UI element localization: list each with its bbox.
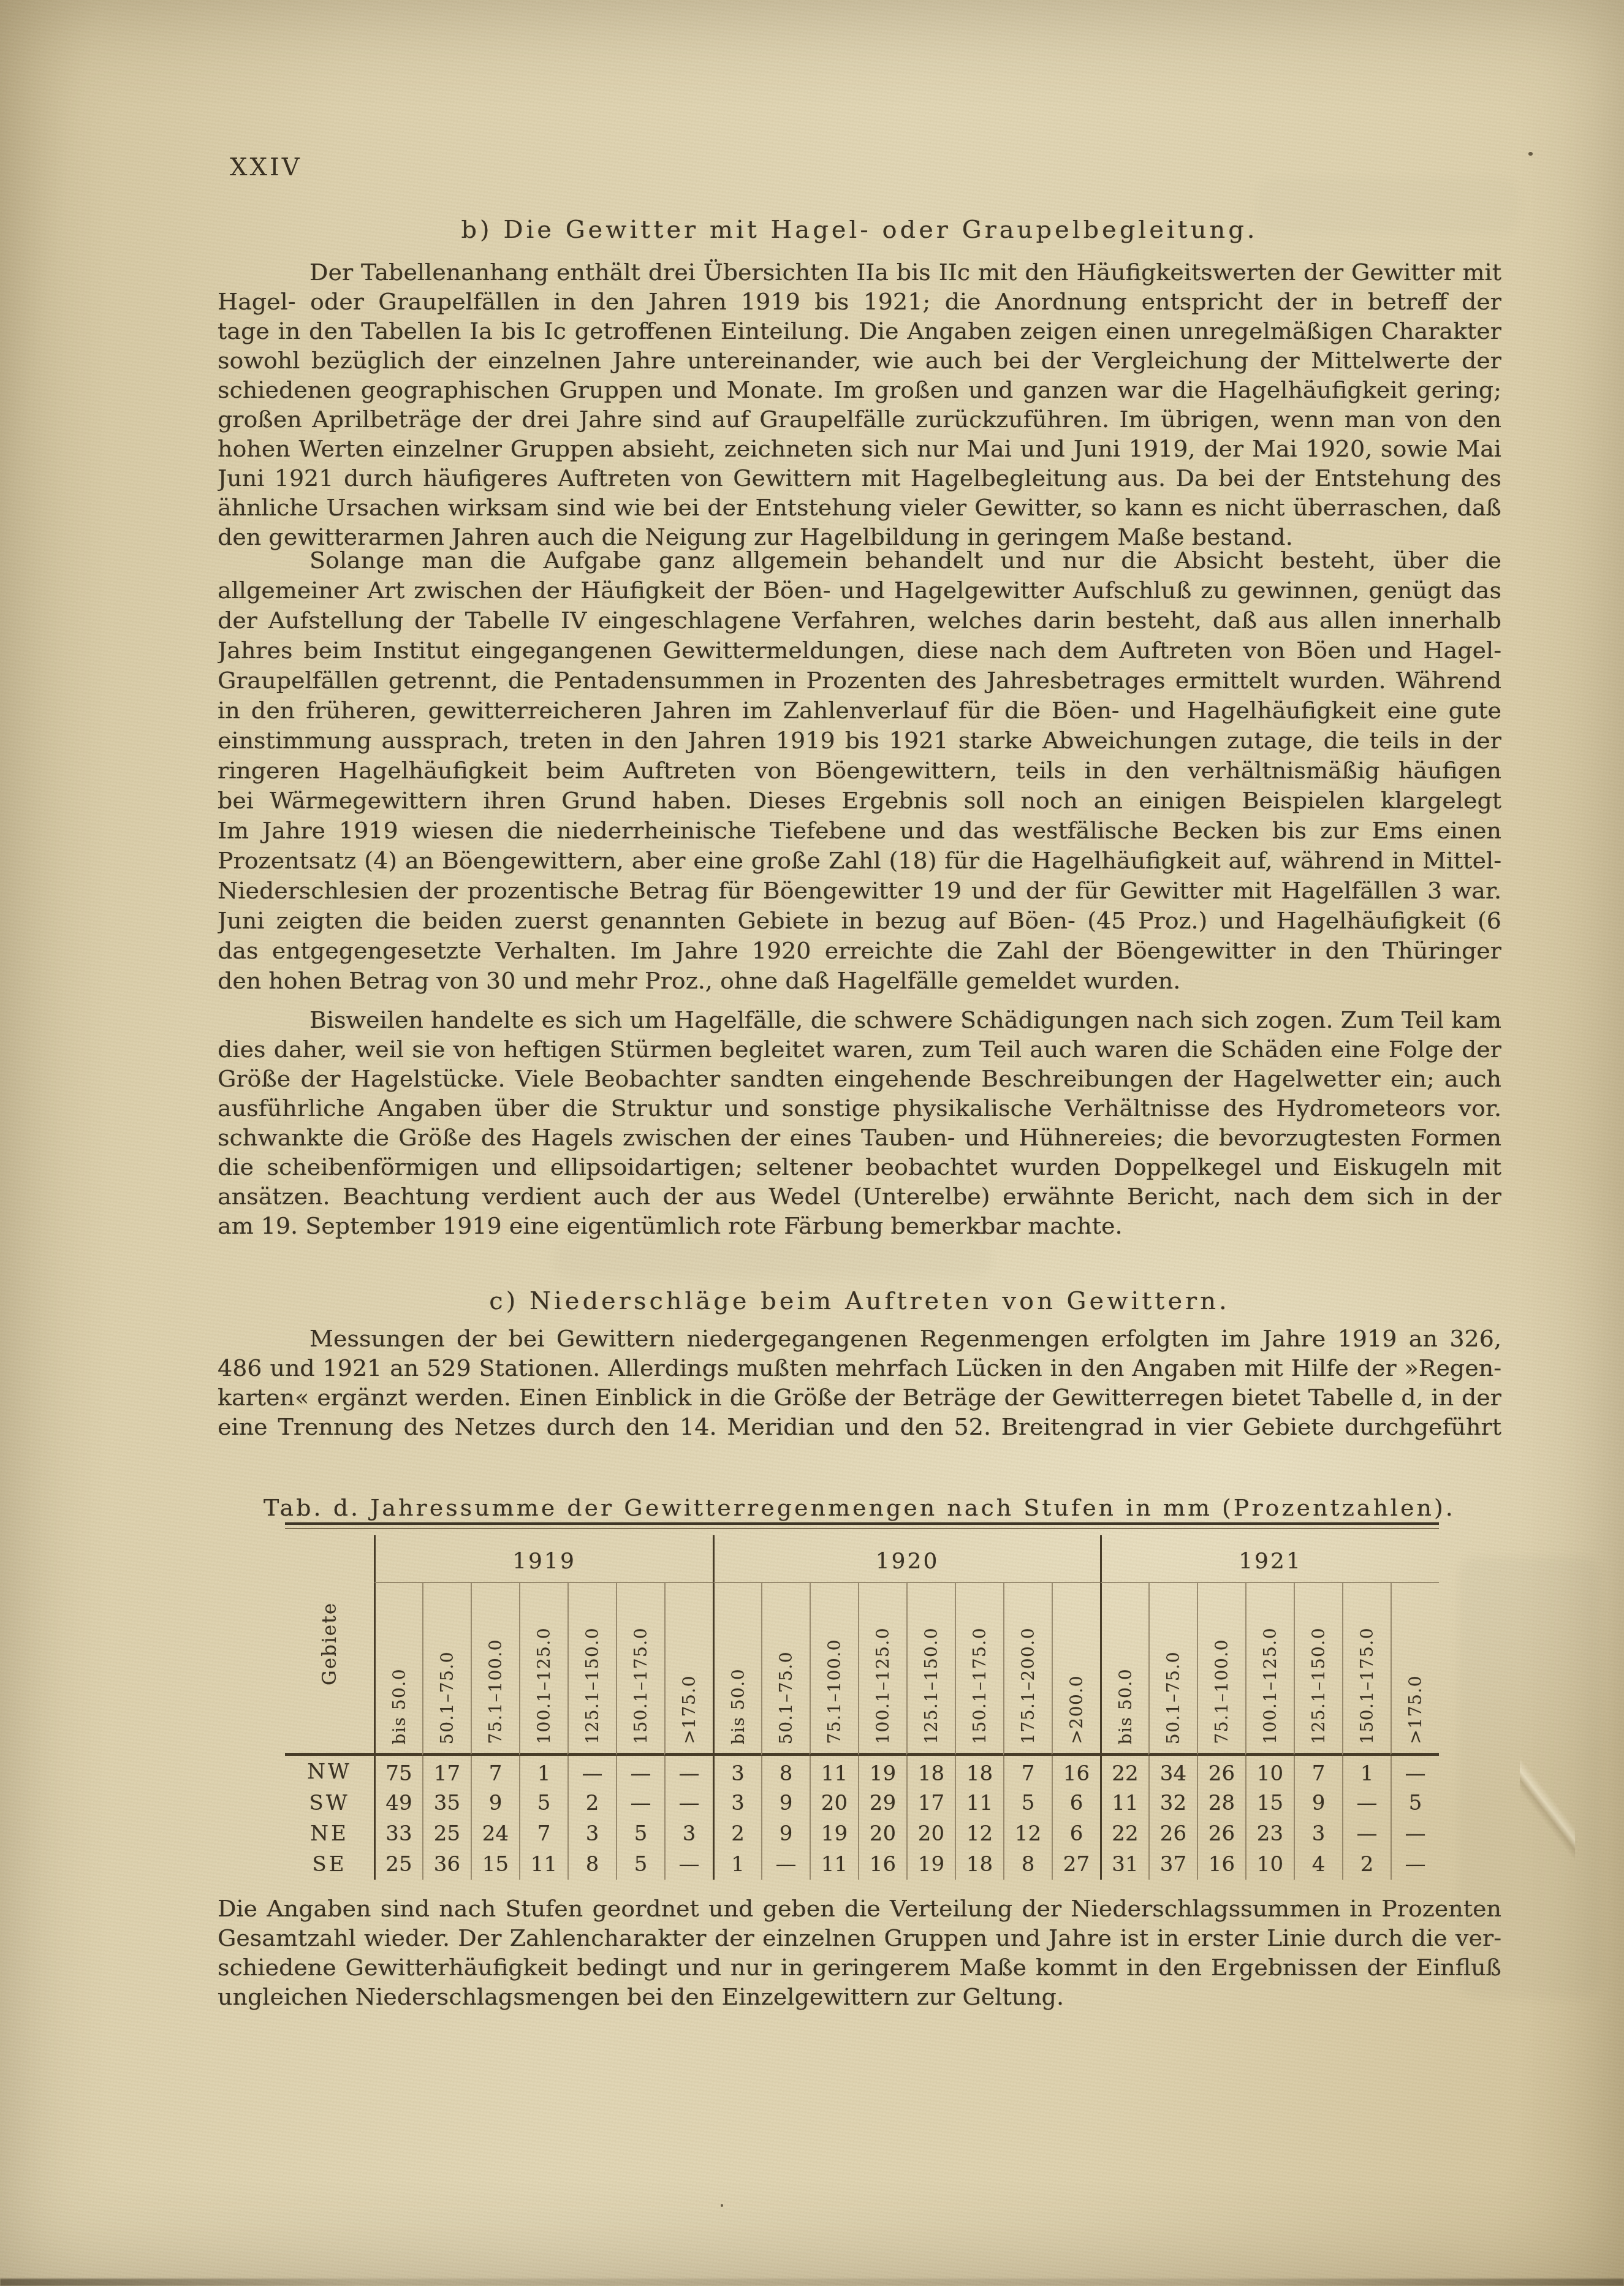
value-cell: 16 [1052, 1756, 1100, 1788]
value-cell: 19 [810, 1818, 858, 1849]
value-cell: 9 [761, 1818, 810, 1849]
value-cell: 8 [567, 1849, 616, 1880]
column-header-label: 175.1–200.0 [1018, 1627, 1038, 1744]
value-cell: 3 [713, 1788, 761, 1818]
text-line: Graupelfällen getrennt, die Pentadensumm… [218, 666, 1501, 696]
column-header-label: 50.1–75.0 [776, 1651, 796, 1744]
column-header-label: 150.1–175.0 [631, 1627, 651, 1744]
value-cell: 25 [422, 1818, 471, 1849]
text-line: das entgegengesetzte Verhalten. Im Jahre… [218, 936, 1501, 966]
column-header-cell: >200.0 [1052, 1583, 1100, 1756]
text-line: tage in den Tabellen Ia bis Ic getroffen… [218, 316, 1501, 346]
value-cell: 29 [858, 1788, 906, 1818]
value-cell: 3 [664, 1818, 713, 1849]
text-line: Gesamtzahl wieder. Der Zahlencharakter d… [218, 1923, 1501, 1953]
column-header-cell: bis 50.0 [374, 1583, 422, 1756]
ink-speck [1407, 647, 1410, 650]
value-cell: 22 [1100, 1756, 1148, 1788]
text-line: der Aufstellung der Tabelle IV eingeschl… [218, 606, 1501, 636]
page-number: XXIV [230, 153, 302, 181]
value-cell: — [664, 1756, 713, 1788]
text-line: 486 und 1921 an 529 Stationen. Allerding… [218, 1353, 1501, 1383]
section-b-heading: b) Die Gewitter mit Hagel- oder Graupelb… [218, 216, 1501, 244]
value-cell: 10 [1245, 1849, 1294, 1880]
value-cell: 5 [616, 1849, 664, 1880]
value-cell: 11 [519, 1849, 567, 1880]
column-header-label: 75.1–100.0 [1212, 1639, 1232, 1744]
column-header-cell: 100.1–125.0 [519, 1583, 567, 1756]
text-line: Größe der Hagelstücke. Viele Beobachter … [218, 1064, 1501, 1093]
value-cell: 16 [858, 1849, 906, 1880]
table-grid: Gebiete191919201921bis 50.050.1–75.075.1… [285, 1535, 1439, 1880]
column-header-cell: 100.1–125.0 [858, 1583, 906, 1756]
text-line: ungleichen Niederschlagsmengen bei den E… [218, 1982, 1501, 2011]
table-title: Tab. d. Jahressumme der Gewitterregenmen… [218, 1494, 1501, 1521]
column-header-label: bis 50.0 [728, 1668, 748, 1745]
value-cell: 11 [1100, 1788, 1148, 1818]
column-header-label: bis 50.0 [1115, 1668, 1136, 1745]
column-header-cell: >175.0 [1391, 1583, 1439, 1756]
value-cell: 9 [761, 1788, 810, 1818]
value-cell: 15 [1245, 1788, 1294, 1818]
value-cell: 22 [1100, 1818, 1148, 1849]
text-line: den hohen Betrag von 30 und mehr Proz., … [218, 966, 1501, 996]
value-cell: 3 [1294, 1818, 1342, 1849]
value-cell: 9 [471, 1788, 519, 1818]
value-cell: 37 [1148, 1849, 1197, 1880]
paper-crease [1520, 1753, 1575, 1869]
text-line: ähnliche Ursachen wirksam sind wie bei d… [218, 493, 1501, 522]
value-cell: — [1391, 1756, 1439, 1788]
year-header-1919: 1919 [374, 1535, 713, 1583]
value-cell: 25 [374, 1849, 422, 1880]
column-header-cell: 175.1–200.0 [1003, 1583, 1052, 1756]
value-cell: 75 [374, 1756, 422, 1788]
text-line: Im Jahre 1919 wiesen die niederrheinisch… [218, 816, 1501, 846]
column-header-label: 50.1–75.0 [437, 1651, 457, 1744]
text-line: Prozentsatz (4) an Böengewittern, aber e… [218, 846, 1501, 876]
text-line: ansätzen. Beachtung verdient auch der au… [218, 1182, 1501, 1211]
value-cell: — [616, 1756, 664, 1788]
value-cell: 7 [1294, 1756, 1342, 1788]
value-cell: 20 [810, 1788, 858, 1818]
value-cell: 1 [713, 1849, 761, 1880]
column-header-cell: 150.1–175.0 [1342, 1583, 1391, 1756]
value-cell: 24 [471, 1818, 519, 1849]
value-cell: 19 [858, 1756, 906, 1788]
text-line: Jahres beim Institut eingegangenen Gewit… [218, 636, 1501, 666]
column-header-cell: 125.1–150.0 [567, 1583, 616, 1756]
table-top-rule-thin [285, 1528, 1439, 1529]
value-cell: 20 [906, 1818, 955, 1849]
ink-speck [721, 2204, 723, 2207]
value-cell: 1 [1342, 1756, 1391, 1788]
column-header-label: 100.1–125.0 [873, 1627, 893, 1744]
text-line: ausführliche Angaben über die Struktur u… [218, 1093, 1501, 1123]
value-cell: 23 [1245, 1818, 1294, 1849]
value-cell: 1 [519, 1756, 567, 1788]
text-line: Solange man die Aufgabe ganz allgemein b… [218, 545, 1501, 575]
value-cell: 8 [761, 1756, 810, 1788]
column-header-label: 150.1–175.0 [1357, 1627, 1377, 1744]
column-header-label: >175.0 [679, 1675, 699, 1744]
row-header-label: Gebiete [319, 1602, 341, 1685]
value-cell: 36 [422, 1849, 471, 1880]
value-cell: 27 [1052, 1849, 1100, 1880]
text-line: Der Tabellenanhang enthält drei Übersich… [218, 257, 1501, 287]
region-label: NE [285, 1818, 374, 1849]
value-cell: 32 [1148, 1788, 1197, 1818]
text-line: hohen Werten einzelner Gruppen absieht, … [218, 434, 1501, 463]
value-cell: 5 [616, 1818, 664, 1849]
value-cell: — [616, 1788, 664, 1818]
text-line: Juni 1921 durch häufigeres Auftreten von… [218, 463, 1501, 493]
value-cell: 7 [471, 1756, 519, 1788]
region-label: SE [285, 1849, 374, 1880]
value-cell: 6 [1052, 1788, 1100, 1818]
scan-bottom-edge [0, 2279, 1624, 2286]
value-cell: 26 [1148, 1818, 1197, 1849]
column-header-cell: 50.1–75.0 [1148, 1583, 1197, 1756]
column-header-cell: 100.1–125.0 [1245, 1583, 1294, 1756]
value-cell: 19 [906, 1849, 955, 1880]
value-cell: 28 [1197, 1788, 1245, 1818]
text-line: Hagel- oder Graupelfällen in den Jahren … [218, 287, 1501, 316]
closing-paragraph: Die Angaben sind nach Stufen geordnet un… [218, 1894, 1501, 2011]
column-header-label: >175.0 [1405, 1675, 1425, 1744]
year-header-1920: 1920 [713, 1535, 1100, 1583]
column-header-label: 75.1–100.0 [485, 1639, 506, 1744]
value-cell: 5 [519, 1788, 567, 1818]
value-cell: 11 [810, 1849, 858, 1880]
text-line: schiedenen geographischen Gruppen und Mo… [218, 375, 1501, 404]
text-line: ringeren Hagelhäufigkeit beim Auftreten … [218, 756, 1501, 786]
value-cell: 26 [1197, 1818, 1245, 1849]
value-cell: 5 [1003, 1788, 1052, 1818]
value-cell: 2 [713, 1818, 761, 1849]
text-line: schiedene Gewitterhäufigkeit bedingt und… [218, 1953, 1501, 1982]
column-header-label: 150.1–175.0 [969, 1627, 990, 1744]
value-cell: 17 [906, 1788, 955, 1818]
column-header-label: 50.1–75.0 [1163, 1651, 1183, 1744]
text-line: karten« ergänzt werden. Einen Einblick i… [218, 1383, 1501, 1412]
value-cell: 20 [858, 1818, 906, 1849]
paragraph-2: Solange man die Aufgabe ganz allgemein b… [218, 545, 1501, 996]
value-cell: 15 [471, 1849, 519, 1880]
table-top-rule-thick [285, 1522, 1439, 1525]
value-cell: 26 [1197, 1756, 1245, 1788]
column-header-label: 100.1–125.0 [534, 1627, 554, 1744]
column-header-label: 125.1–150.0 [582, 1627, 602, 1744]
text-line: eine Trennung des Netzes durch den 14. M… [218, 1412, 1501, 1441]
value-cell: 12 [955, 1818, 1003, 1849]
column-header-cell: bis 50.0 [713, 1583, 761, 1756]
value-cell: — [664, 1788, 713, 1818]
column-header-cell: 50.1–75.0 [761, 1583, 810, 1756]
column-header-cell: 125.1–150.0 [906, 1583, 955, 1756]
show-through-smudge [552, 1241, 993, 1278]
value-cell: 18 [955, 1756, 1003, 1788]
section-c-heading: c) Niederschläge beim Auftreten von Gewi… [218, 1287, 1501, 1315]
value-cell: 17 [422, 1756, 471, 1788]
text-line: Die Angaben sind nach Stufen geordnet un… [218, 1894, 1501, 1923]
value-cell: — [664, 1849, 713, 1880]
column-header-cell: 75.1–100.0 [1197, 1583, 1245, 1756]
column-header-cell: 75.1–100.0 [810, 1583, 858, 1756]
text-line: Juni zeigten die beiden zuerst genannten… [218, 906, 1501, 936]
value-cell: 11 [955, 1788, 1003, 1818]
text-line: sowohl bezüglich der einzelnen Jahre unt… [218, 346, 1501, 375]
column-header-cell: 150.1–175.0 [616, 1583, 664, 1756]
value-cell: 18 [906, 1756, 955, 1788]
value-cell: 12 [1003, 1818, 1052, 1849]
column-header-label: 125.1–150.0 [1308, 1627, 1329, 1744]
value-cell: 2 [567, 1788, 616, 1818]
value-cell: — [1391, 1849, 1439, 1880]
text-line: bei Wärmegewittern ihren Grund haben. Di… [218, 786, 1501, 816]
column-header-label: 125.1–150.0 [921, 1627, 941, 1744]
value-cell: 4 [1294, 1849, 1342, 1880]
value-cell: 10 [1245, 1756, 1294, 1788]
text-line: in den früheren, gewitterreicheren Jahre… [218, 696, 1501, 726]
column-header-cell: 75.1–100.0 [471, 1583, 519, 1756]
text-line: Messungen der bei Gewittern niedergegang… [218, 1324, 1501, 1353]
column-header-label: 100.1–125.0 [1260, 1627, 1280, 1744]
value-cell: 8 [1003, 1849, 1052, 1880]
text-line: die scheibenförmigen und ellipsoidartige… [218, 1152, 1501, 1182]
column-header-label: >200.0 [1066, 1675, 1087, 1744]
text-line: einstimmung aussprach, treten in den Jah… [218, 726, 1501, 756]
region-label: NW [285, 1756, 374, 1788]
paragraph-1: Der Tabellenanhang enthält drei Übersich… [218, 257, 1501, 552]
column-header-cell: 125.1–150.0 [1294, 1583, 1342, 1756]
value-cell: 49 [374, 1788, 422, 1818]
column-header-cell: >175.0 [664, 1583, 713, 1756]
region-label: SW [285, 1788, 374, 1818]
scanned-document-page: XXIV b) Die Gewitter mit Hagel- oder Gra… [0, 0, 1624, 2286]
year-header-1921: 1921 [1100, 1535, 1439, 1583]
text-line: Niederschlesien der prozentische Betrag … [218, 876, 1501, 906]
value-cell: 9 [1294, 1788, 1342, 1818]
column-header-cell: bis 50.0 [1100, 1583, 1148, 1756]
value-cell: 33 [374, 1818, 422, 1849]
text-line: großen Aprilbeträge der drei Jahre sind … [218, 404, 1501, 434]
value-cell: 7 [1003, 1756, 1052, 1788]
value-cell: 35 [422, 1788, 471, 1818]
text-line: allgemeiner Art zwischen der Häufigkeit … [218, 575, 1501, 606]
text-line: am 19. September 1919 eine eigentümlich … [218, 1211, 1501, 1240]
value-cell: — [1342, 1788, 1391, 1818]
column-header-cell: 50.1–75.0 [422, 1583, 471, 1756]
value-cell: 31 [1100, 1849, 1148, 1880]
text-line: schwankte die Größe des Hagels zwischen … [218, 1123, 1501, 1152]
value-cell: 2 [1342, 1849, 1391, 1880]
row-header-cell: Gebiete [285, 1535, 374, 1756]
column-header-label: 75.1–100.0 [824, 1639, 844, 1744]
value-cell: 3 [567, 1818, 616, 1849]
ink-speck [1528, 152, 1533, 156]
value-cell: 18 [955, 1849, 1003, 1880]
value-cell: — [1342, 1818, 1391, 1849]
value-cell: 11 [810, 1756, 858, 1788]
paragraph-4: Messungen der bei Gewittern niedergegang… [218, 1324, 1501, 1441]
column-header-cell: 150.1–175.0 [955, 1583, 1003, 1756]
text-line: Bisweilen handelte es sich um Hagelfälle… [218, 1005, 1501, 1035]
paragraph-3: Bisweilen handelte es sich um Hagelfälle… [218, 1005, 1501, 1240]
column-header-label: bis 50.0 [389, 1668, 409, 1745]
value-cell: 5 [1391, 1788, 1439, 1818]
value-cell: 3 [713, 1756, 761, 1788]
value-cell: 7 [519, 1818, 567, 1849]
value-cell: 16 [1197, 1849, 1245, 1880]
text-line: dies daher, weil sie von heftigen Stürme… [218, 1035, 1501, 1064]
value-cell: — [761, 1849, 810, 1880]
value-cell: 6 [1052, 1818, 1100, 1849]
value-cell: — [1391, 1818, 1439, 1849]
value-cell: — [567, 1756, 616, 1788]
value-cell: 34 [1148, 1756, 1197, 1788]
